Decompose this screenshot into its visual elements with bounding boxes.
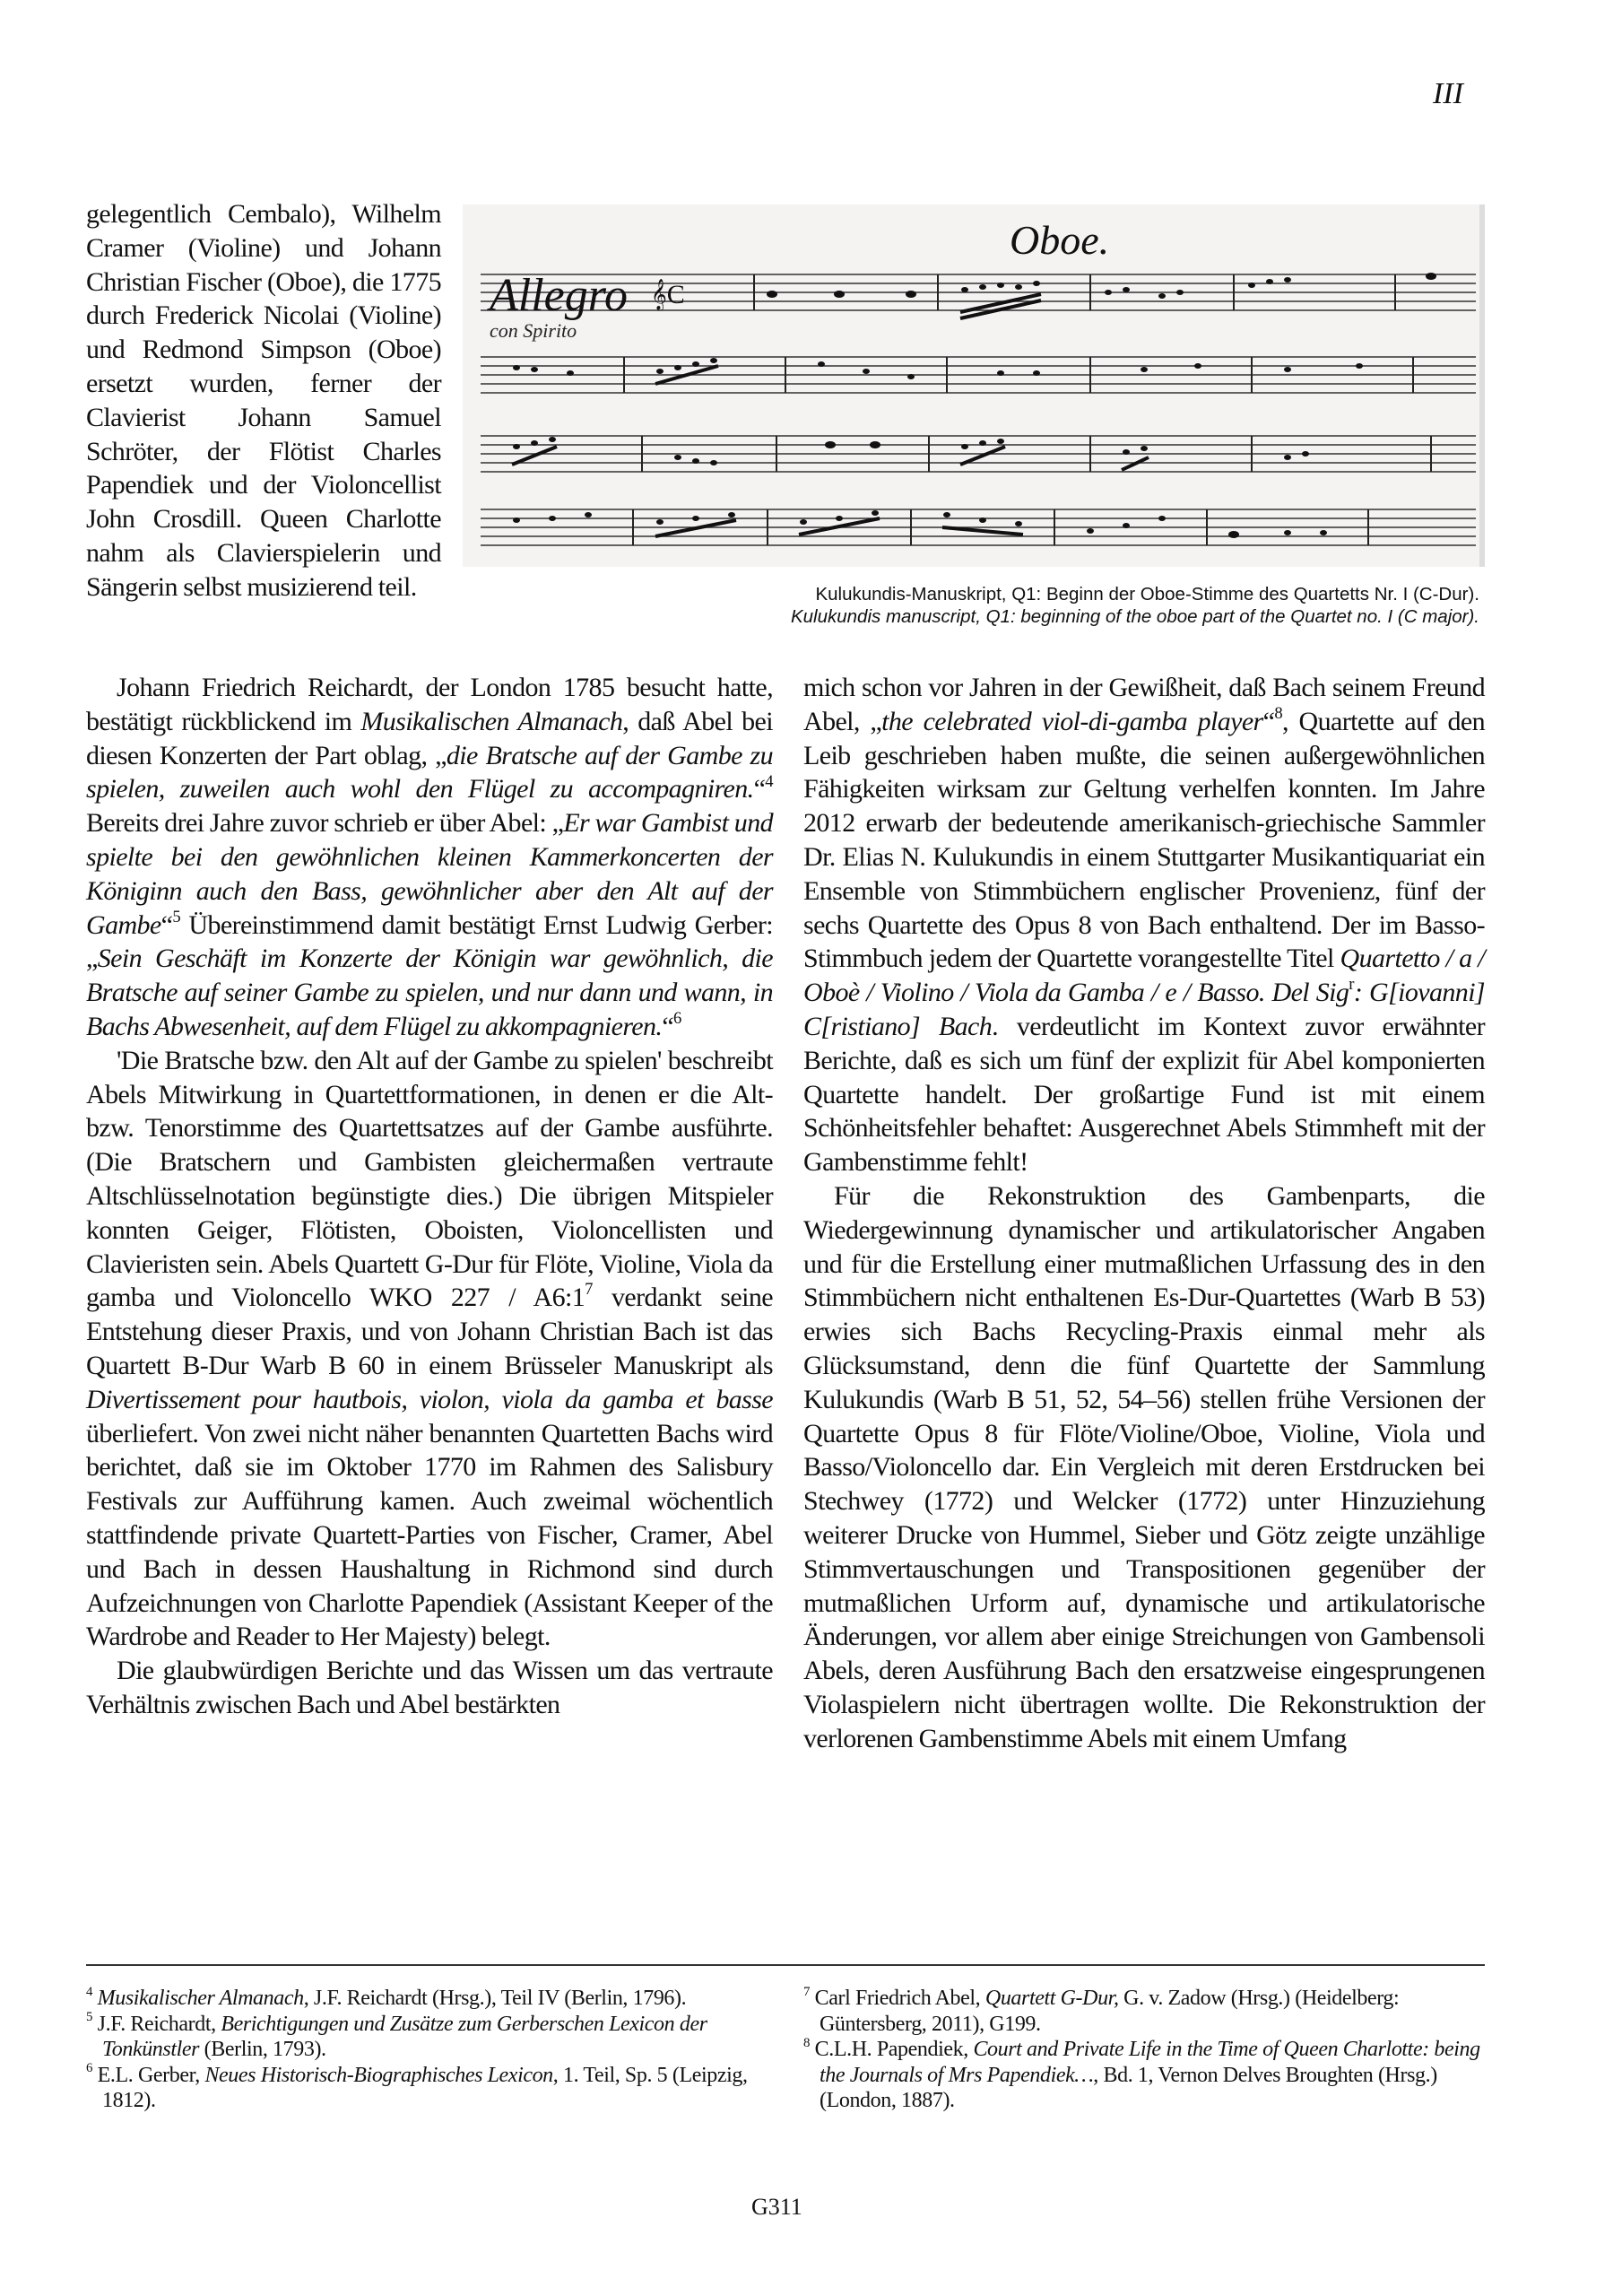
footnote-text: , J.F. Reichardt (Hrsg.), Teil IV (Berli… [304, 1987, 687, 2010]
footnote-number: 5 [86, 2010, 92, 2024]
svg-text:𝄞C: 𝄞C [651, 279, 685, 311]
footnote-ref[interactable]: 4 [765, 772, 773, 791]
footnote-ref[interactable]: 8 [1274, 704, 1282, 723]
italic-title: Divertissement pour hautbois, violon, vi… [86, 1385, 773, 1414]
footnote-text: J.F. Reichardt, [98, 2013, 221, 2036]
manuscript-image: Allegro con Spirito Oboe. 𝄞C [463, 204, 1485, 567]
text-run: Für die Rekonstruktion des Gambenparts, … [803, 1181, 1485, 1753]
footnote-text: C.L.H. Papendiek, [815, 2038, 974, 2061]
right-column: mich schon vor Jahren in der Gewißheit, … [803, 671, 1485, 1756]
text-run: Die glaubwürdigen Berichte und das Wisse… [86, 1656, 773, 1719]
text-run: 'Die Bratsche bzw. den Alt auf der Gambe… [86, 1046, 773, 1313]
paragraph: Johann Friedrich Reichardt, der London 1… [86, 671, 773, 1044]
footnote-number: 4 [86, 1985, 92, 1999]
footnote-ref[interactable]: 6 [673, 1009, 681, 1028]
footnote-ref[interactable]: 7 [585, 1280, 593, 1299]
footnote-ref[interactable]: 5 [172, 908, 180, 926]
figure-caption: Kulukundis-Manuskript, Q1: Beginn der Ob… [502, 583, 1479, 628]
page-number: III [1433, 77, 1463, 111]
text-run: “ [161, 910, 173, 940]
footnote: 8 C.L.H. Papendiek, Court and Private Li… [803, 2037, 1485, 2114]
footnote-number: 6 [86, 2061, 92, 2075]
footnote-title: Neues Historisch-Biographisches Lexicon [204, 2064, 552, 2087]
footnote: 4 Musikalischer Almanach, J.F. Reichardt… [86, 1986, 768, 2012]
paragraph: Für die Rekonstruktion des Gambenparts, … [803, 1179, 1485, 1756]
footnote: 7 Carl Friedrich Abel, Quartett G-Dur, G… [803, 1986, 1485, 2037]
caption-german: Kulukundis-Manuskript, Q1: Beginn der Ob… [502, 583, 1479, 605]
intro-column: gelegentlich Cembalo), Wilhelm Cramer (V… [86, 197, 441, 604]
svg-text:con Spirito: con Spirito [490, 319, 577, 342]
text-run: überliefert. Von zwei nicht näher benann… [86, 1419, 773, 1652]
text-run: “ [754, 774, 766, 804]
text-run: “ [662, 1012, 673, 1041]
footnote: 5 J.F. Reichardt, Berichtigungen und Zus… [86, 2012, 768, 2063]
footnote-number: 7 [803, 1985, 810, 1999]
text-run: “ [1263, 707, 1275, 736]
paragraph: mich schon vor Jahren in der Gewißheit, … [803, 671, 1485, 1179]
paragraph: Die glaubwürdigen Berichte und das Wisse… [86, 1654, 773, 1722]
footnotes-right: 7 Carl Friedrich Abel, Quartett G-Dur, G… [803, 1986, 1485, 2114]
caption-english: Kulukundis manuscript, Q1: beginning of … [502, 605, 1479, 628]
page-footer-code: G311 [751, 2194, 802, 2221]
footnotes-left: 4 Musikalischer Almanach, J.F. Reichardt… [86, 1986, 768, 2114]
footnote-number: 8 [803, 2036, 810, 2050]
italic-title: Musikalischen Almanach [360, 707, 622, 736]
footnote-text: E.L. Gerber, [98, 2064, 205, 2087]
text-run: Bereits drei Jahre zuvor schrieb er über… [86, 808, 563, 838]
footnote-divider [86, 1964, 1485, 1966]
svg-text:Allegro: Allegro [487, 270, 628, 321]
left-column: Johann Friedrich Reichardt, der London 1… [86, 671, 773, 1722]
footnote-title: Quartett G-Dur, [985, 1987, 1119, 2010]
music-score-icon: Allegro con Spirito Oboe. 𝄞C [463, 204, 1479, 567]
footnote-text: Carl Friedrich Abel, [815, 1987, 985, 2010]
text-run: , Quartette auf den Leib geschrieben hab… [803, 707, 1485, 974]
svg-text:Oboe.: Oboe. [1010, 217, 1109, 263]
paragraph: 'Die Bratsche bzw. den Alt auf der Gambe… [86, 1044, 773, 1654]
superscript: r [1349, 975, 1354, 994]
footnote: 6 E.L. Gerber, Neues Historisch-Biograph… [86, 2063, 768, 2114]
intro-paragraph: gelegentlich Cembalo), Wilhelm Cramer (V… [86, 197, 441, 604]
footnote-title: Musikalischer Almanach [98, 1987, 304, 2010]
quotation: the celebrated viol-di-gamba player [881, 707, 1262, 736]
footnote-text: (Berlin, 1793). [199, 2038, 326, 2061]
